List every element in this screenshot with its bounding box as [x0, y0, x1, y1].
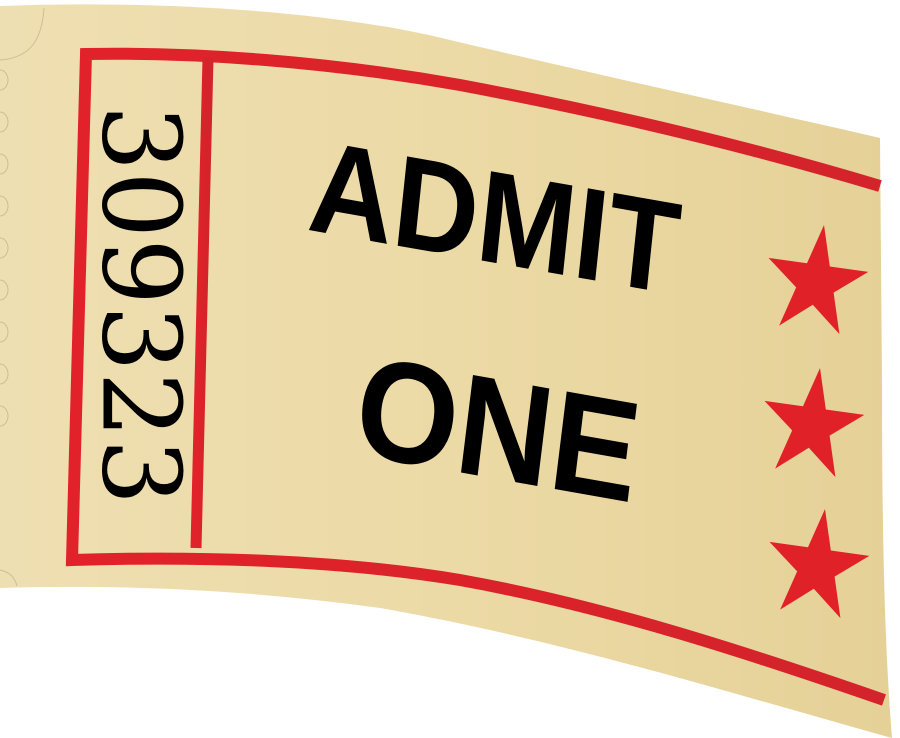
serial-number: 309323 — [77, 105, 203, 506]
admit-one-ticket: 309323 ADMIT ONE — [0, 0, 900, 738]
